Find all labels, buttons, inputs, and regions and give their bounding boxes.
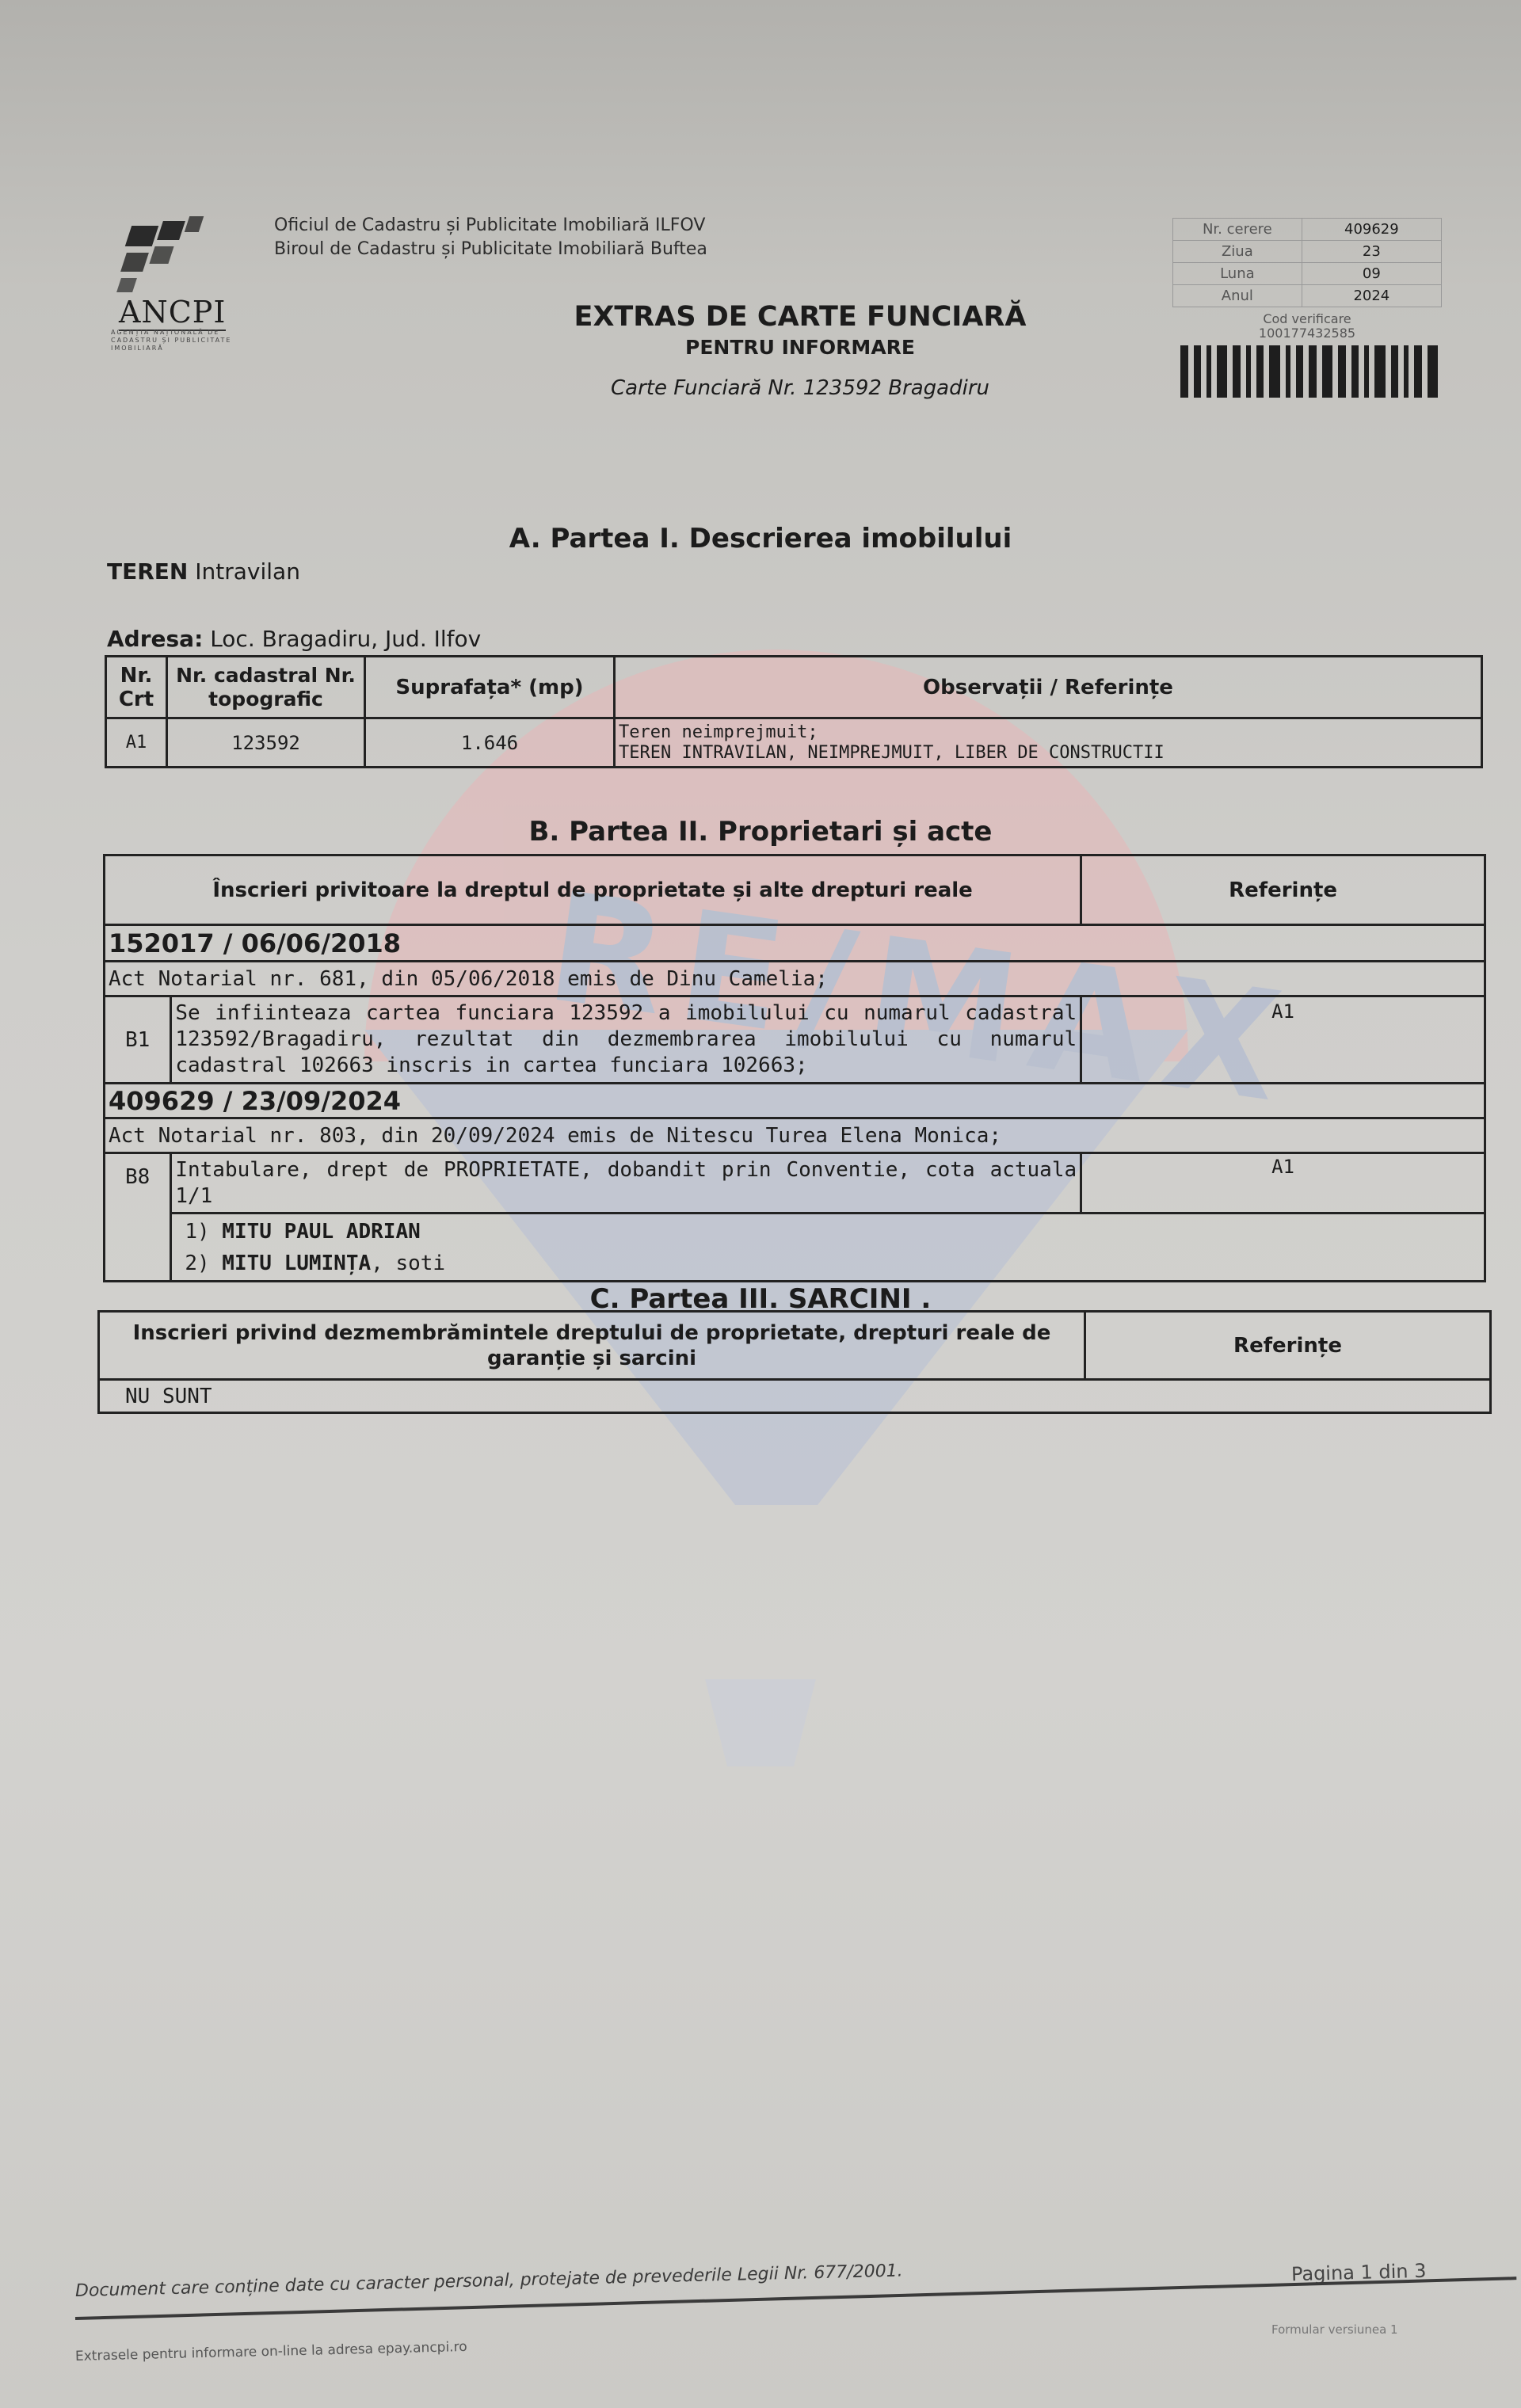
- logo-square-icon: [149, 246, 173, 264]
- act-notarial: Act Notarial nr. 803, din 20/09/2024 emi…: [105, 1118, 1485, 1153]
- entry-text: Intabulare, drept de PROPRIETATE, doband…: [171, 1153, 1081, 1214]
- logo-text: ANCPI: [119, 295, 226, 331]
- office-line-1: Oficiul de Cadastru și Publicitate Imobi…: [274, 214, 707, 238]
- office-info: Oficiul de Cadastru și Publicitate Imobi…: [274, 214, 707, 261]
- cerere-number: 152017 / 06/06/2018: [105, 925, 1485, 962]
- cerere-number: 409629 / 23/09/2024: [105, 1084, 1485, 1118]
- owner-number: 1): [185, 1220, 209, 1244]
- owner-number: 2): [185, 1252, 209, 1275]
- table-header-row: Inscrieri privind dezmembrămintele drept…: [99, 1312, 1491, 1380]
- column-header: Nr. cadastral Nr. topografic: [167, 657, 365, 718]
- table-row: NU SUNT: [99, 1380, 1491, 1413]
- form-version: Formular versiunea 1: [1271, 2322, 1398, 2337]
- column-header: Referințe: [1081, 855, 1485, 925]
- address-label: Adresa:: [107, 626, 203, 652]
- column-header: Referințe: [1085, 1312, 1491, 1380]
- office-line-2: Biroul de Cadastru și Publicitate Imobil…: [274, 238, 707, 261]
- request-label: Luna: [1173, 263, 1302, 285]
- column-header: Nr. Crt: [106, 657, 167, 718]
- document-subtitle: PENTRU INFORMARE: [475, 336, 1125, 359]
- encumbrances-value: NU SUNT: [99, 1380, 1491, 1413]
- request-label: Nr. cerere: [1173, 219, 1302, 241]
- owners-list: 1) MITU PAUL ADRIAN 2) MITU LUMINȚA, sot…: [171, 1214, 1485, 1282]
- logo-square-icon: [157, 221, 185, 240]
- address: Adresa: Loc. Bragadiru, Jud. Ilfov: [107, 626, 481, 652]
- request-label: Anul: [1173, 285, 1302, 307]
- entry-header-row: 409629 / 23/09/2024: [105, 1084, 1485, 1118]
- request-value: 409629: [1302, 219, 1441, 241]
- entry-code: B1: [105, 996, 171, 1084]
- observation-line: Teren neimprejmuit;: [619, 722, 1480, 743]
- surface-cell: 1.646: [365, 718, 615, 768]
- cadastral-cell: 123592: [167, 718, 365, 768]
- table-header-row: Nr. Crt Nr. cadastral Nr. topografic Sup…: [106, 657, 1482, 718]
- land-type-label: TEREN: [107, 558, 188, 585]
- encumbrances-table: Inscrieri privind dezmembrămintele drept…: [97, 1310, 1492, 1414]
- verification-value: 100177432585: [1172, 326, 1442, 341]
- logo-square-icon: [185, 216, 204, 232]
- part-b-title: B. Partea II. Proprietari și acte: [0, 816, 1521, 848]
- owner-name: MITU PAUL ADRIAN: [222, 1220, 420, 1244]
- owner-item: 2) MITU LUMINȚA, soti: [185, 1248, 1483, 1279]
- column-header: Înscrieri privitoare la dreptul de propr…: [105, 855, 1081, 925]
- land-type-value: Intravilan: [195, 558, 300, 585]
- logo-subtitle: AGENȚIA NAȚIONALĂ DE CADASTRU ȘI PUBLICI…: [111, 329, 269, 352]
- entry-text: Se infiinteaza cartea funciara 123592 a …: [171, 996, 1081, 1084]
- owners-row: 1) MITU PAUL ADRIAN 2) MITU LUMINȚA, sot…: [105, 1214, 1485, 1282]
- request-row: Anul2024: [1173, 285, 1442, 307]
- carte-funciara-number: Carte Funciară Nr. 123592 Bragadiru: [475, 376, 1125, 400]
- land-type: TEREN Intravilan: [107, 558, 300, 585]
- act-row: Act Notarial nr. 681, din 05/06/2018 emi…: [105, 962, 1485, 996]
- request-row: Ziua23: [1173, 241, 1442, 263]
- act-notarial: Act Notarial nr. 681, din 05/06/2018 emi…: [105, 962, 1485, 996]
- request-value: 09: [1302, 263, 1441, 285]
- request-value: 2024: [1302, 285, 1441, 307]
- property-description-table: Nr. Crt Nr. cadastral Nr. topografic Sup…: [105, 655, 1483, 768]
- request-row: Luna09: [1173, 263, 1442, 285]
- column-header: Suprafața* (mp): [365, 657, 615, 718]
- entry-reference: A1: [1081, 996, 1485, 1084]
- entry-code: B8: [105, 1153, 171, 1282]
- owner-note: , soti: [371, 1252, 445, 1275]
- part-a-title: A. Partea I. Descrierea imobilului: [0, 523, 1521, 554]
- owner-name: MITU LUMINȚA: [222, 1252, 371, 1275]
- table-row: A1 123592 1.646 Teren neimprejmuit; TERE…: [106, 718, 1482, 768]
- address-value: Loc. Bragadiru, Jud. Ilfov: [210, 626, 481, 652]
- document-title-block: EXTRAS DE CARTE FUNCIARĂ PENTRU INFORMAR…: [475, 301, 1125, 400]
- nr-crt-cell: A1: [106, 718, 167, 768]
- logo-square-icon: [116, 278, 137, 292]
- verification-label: Cod verificare: [1172, 312, 1442, 326]
- observations-cell: Teren neimprejmuit; TEREN INTRAVILAN, NE…: [615, 718, 1482, 768]
- observation-line: TEREN INTRAVILAN, NEIMPREJMUIT, LIBER DE…: [619, 743, 1480, 764]
- request-table: Nr. cerere409629 Ziua23 Luna09 Anul2024: [1172, 218, 1442, 307]
- act-row: Act Notarial nr. 803, din 20/09/2024 emi…: [105, 1118, 1485, 1153]
- owner-item: 1) MITU PAUL ADRIAN: [185, 1216, 1483, 1248]
- entry-header-row: 152017 / 06/06/2018: [105, 925, 1485, 962]
- request-info-box: Nr. cerere409629 Ziua23 Luna09 Anul2024 …: [1172, 218, 1442, 398]
- column-header: Observații / Referințe: [615, 657, 1482, 718]
- verification-code: Cod verificare 100177432585: [1172, 312, 1442, 341]
- entry-row: B1 Se infiinteaza cartea funciara 123592…: [105, 996, 1485, 1084]
- column-header: Inscrieri privind dezmembrămintele drept…: [99, 1312, 1085, 1380]
- table-header-row: Înscrieri privitoare la dreptul de propr…: [105, 855, 1485, 925]
- owners-table: Înscrieri privitoare la dreptul de propr…: [103, 854, 1486, 1282]
- document-title: EXTRAS DE CARTE FUNCIARĂ: [475, 301, 1125, 333]
- barcode-icon: [1180, 345, 1438, 398]
- logo-square-icon: [125, 226, 158, 246]
- request-value: 23: [1302, 241, 1441, 263]
- request-row: Nr. cerere409629: [1173, 219, 1442, 241]
- entry-row: B8 Intabulare, drept de PROPRIETATE, dob…: [105, 1153, 1485, 1214]
- logo-square-icon: [120, 253, 149, 272]
- request-label: Ziua: [1173, 241, 1302, 263]
- entry-reference: A1: [1081, 1153, 1485, 1214]
